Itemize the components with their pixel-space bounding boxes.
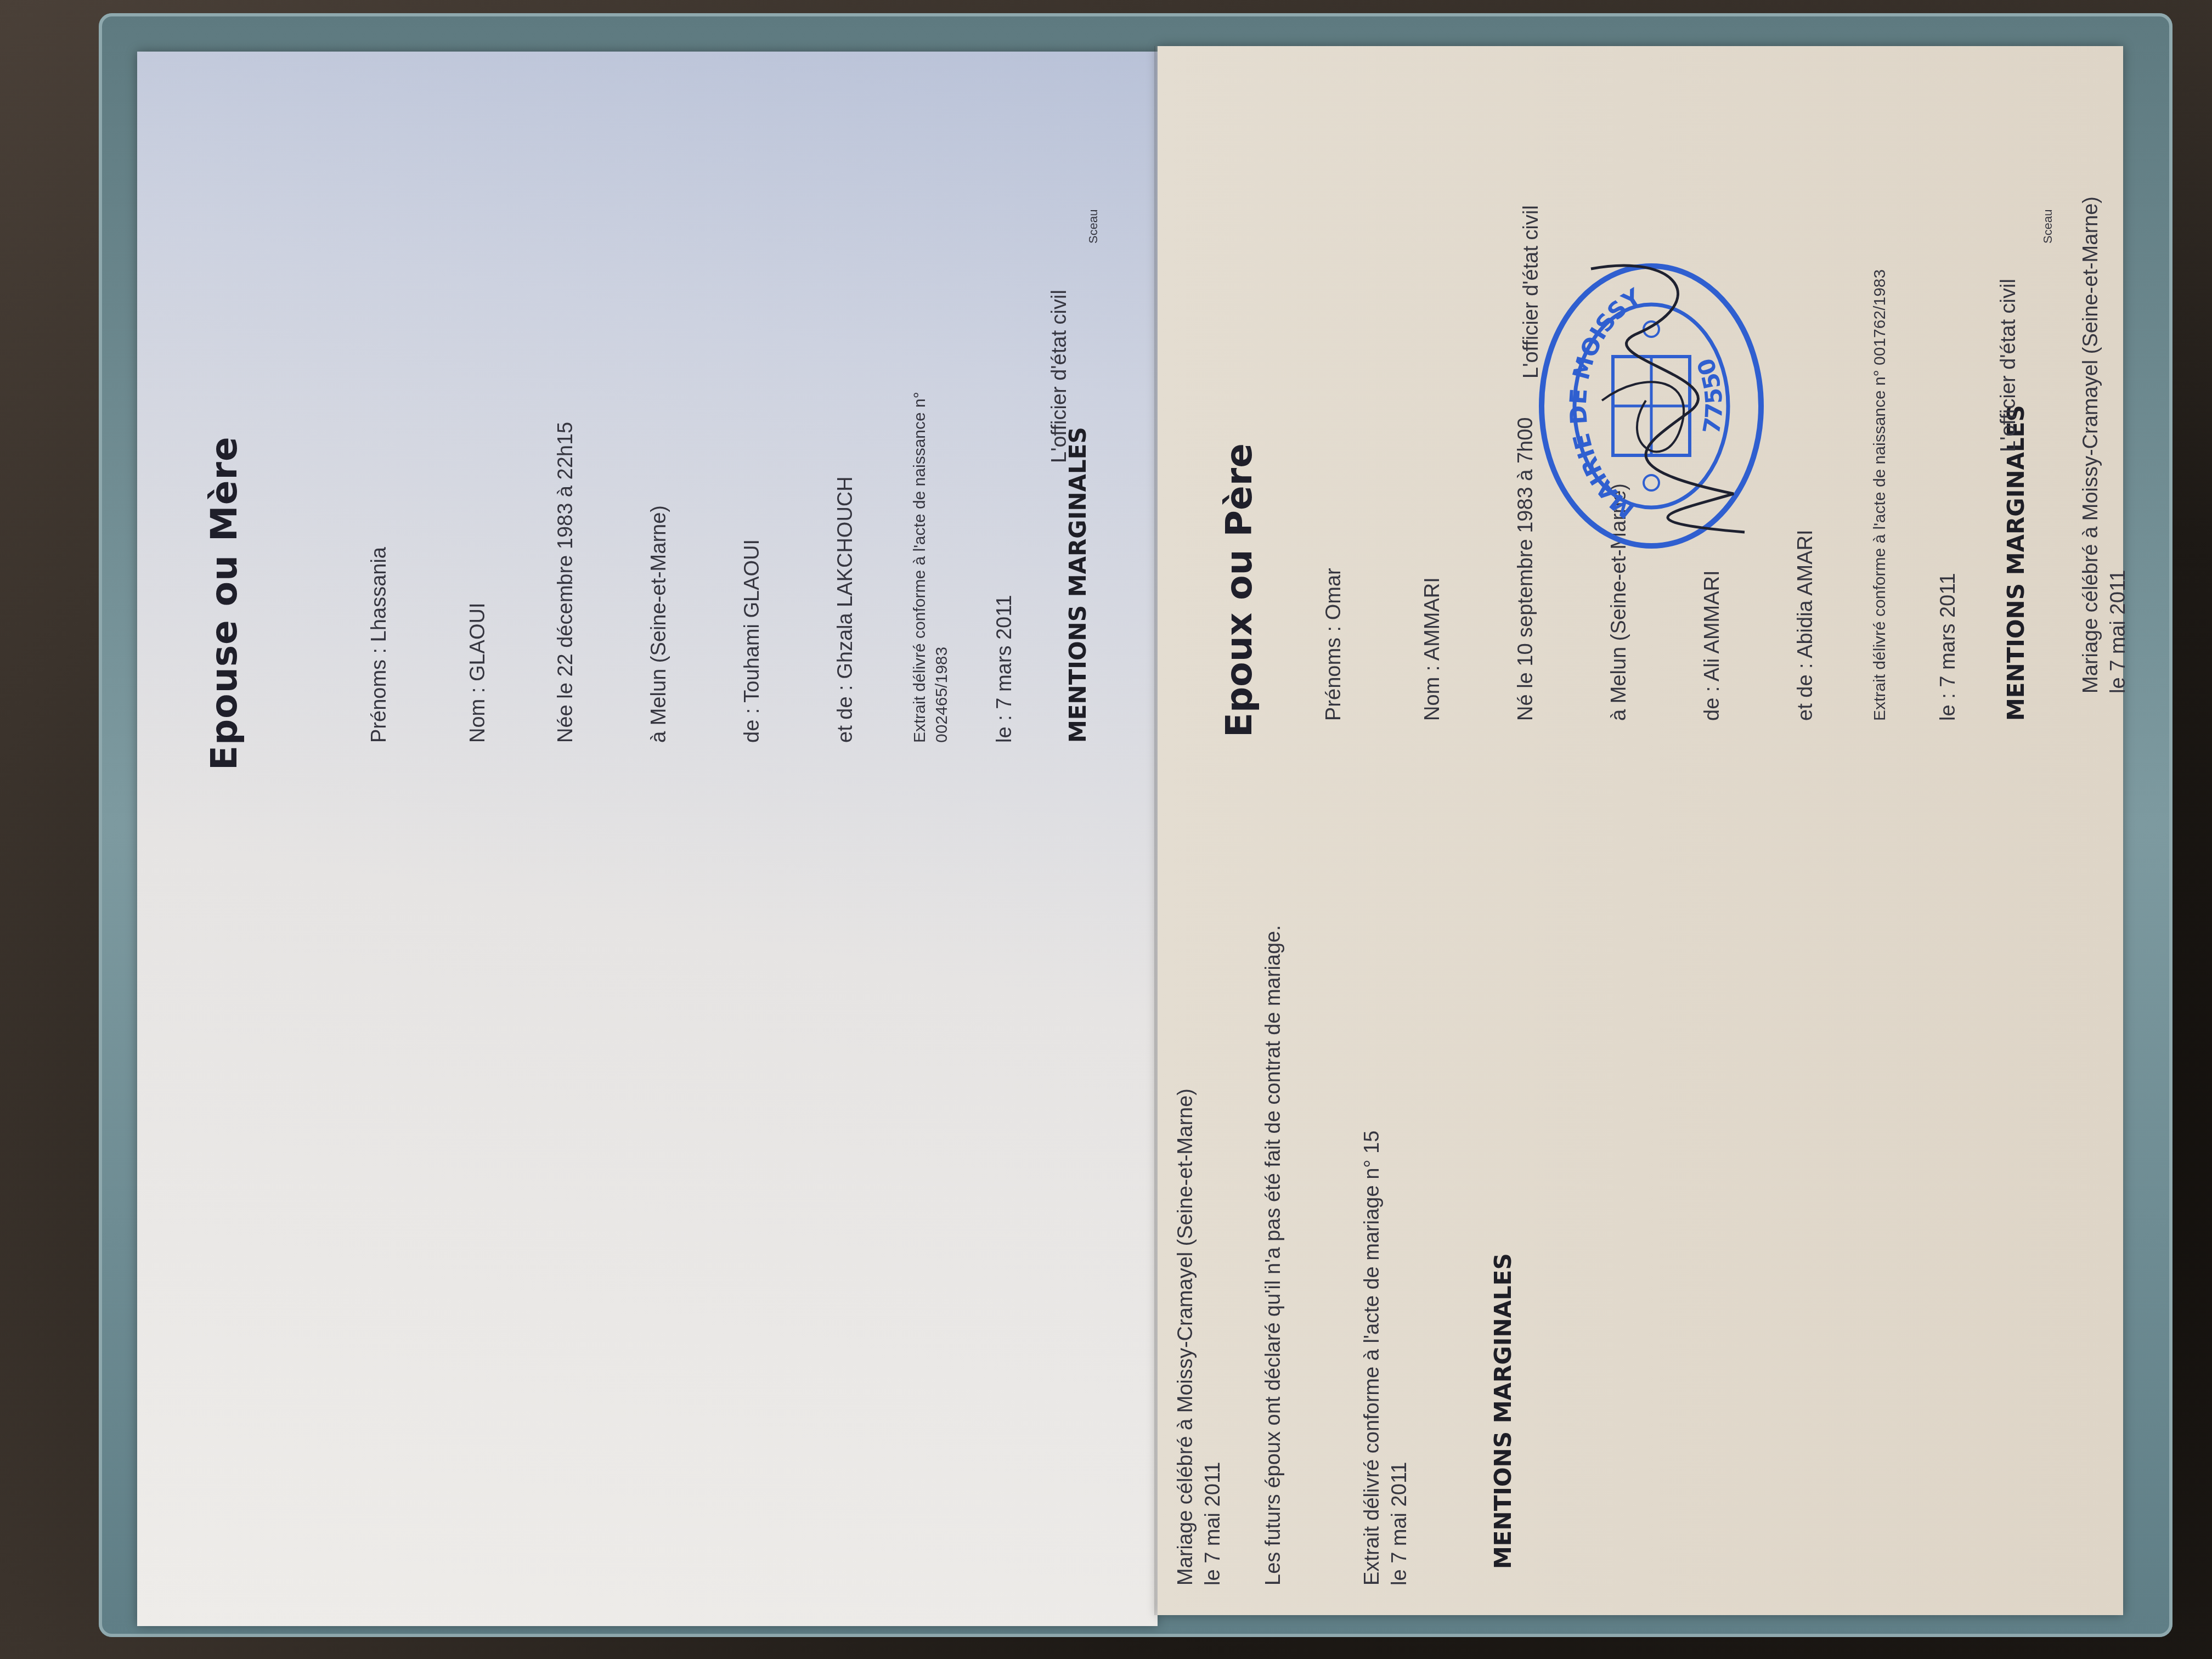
mariage-line2: le 7 mai 2011 (2107, 570, 2130, 693)
mariage-section: Mariage célébré à Moissy-Cramayel (Seine… (0, 0, 2212, 1659)
mariage-line1: Mariage célébré à Moissy-Cramayel (Seine… (2079, 196, 2103, 693)
family-booklet: Epouse ou Mère Prénoms : Lhassania Nom :… (0, 0, 2212, 1659)
